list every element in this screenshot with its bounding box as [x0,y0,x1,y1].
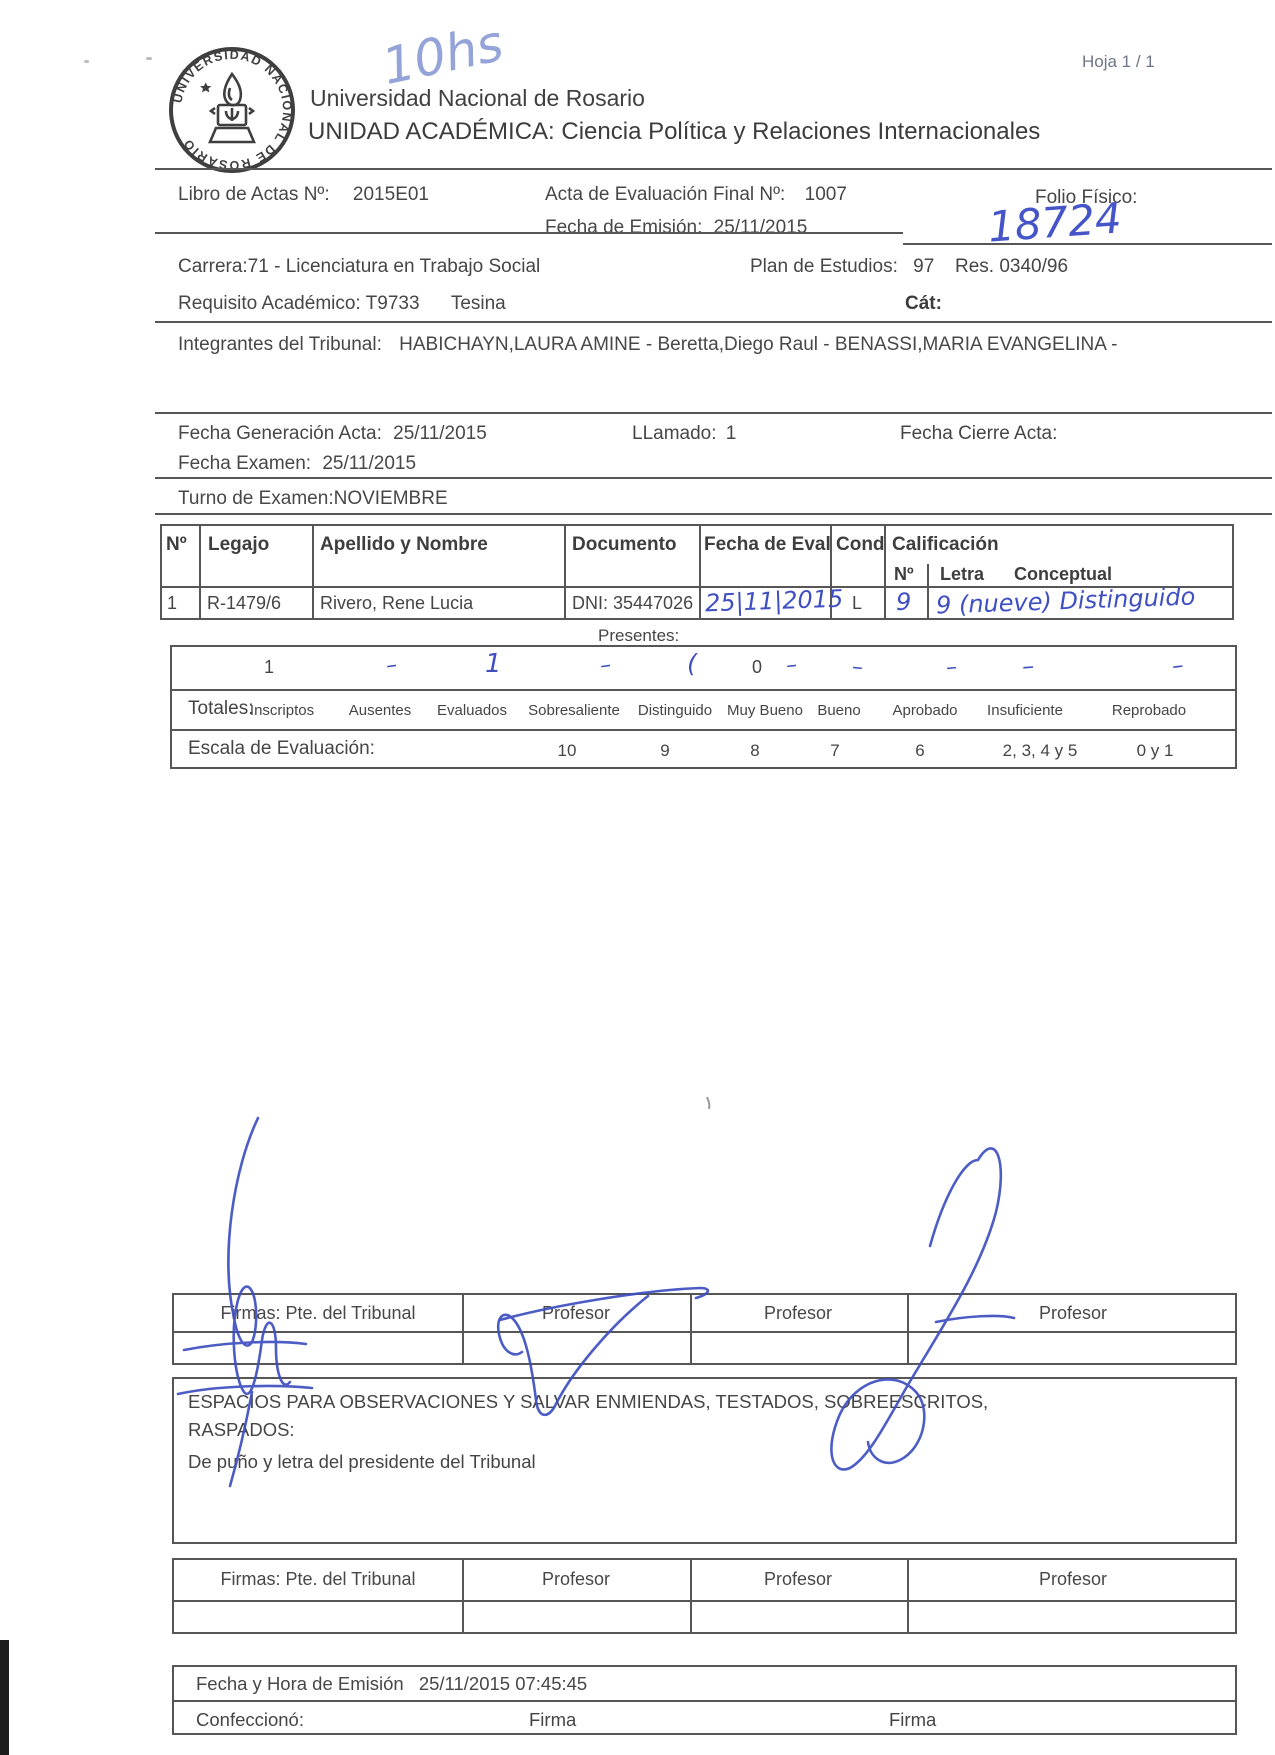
row-cond: L [852,593,862,614]
profesor2-label-2: Profesor [764,1569,832,1590]
profesor2-label-3: Profesor [1039,1569,1107,1590]
profesor-label-3: Profesor [1039,1303,1107,1324]
university-name: Universidad Nacional de Rosario [310,85,645,112]
fecha-emision-label: Fecha de Emisión: [545,217,702,238]
firmas-pte-label-2: Firmas: Pte. del Tribunal [220,1569,415,1590]
col-subheader-conceptual: Conceptual [1014,564,1112,585]
total-value-printed: 0 [752,657,762,678]
fecha-generacion-label: Fecha Generación Acta: [178,423,382,444]
libro-actas-label: Libro de Actas Nº: [178,184,330,205]
col-header-documento: Documento [572,534,677,556]
table-column-line [907,1560,909,1632]
carrera-line: Carrera:71 - Licenciatura en Trabajo Soc… [178,256,540,278]
profesor-label-2: Profesor [764,1303,832,1324]
totales-col-aprobado: Aprobado [892,702,957,719]
catedra-label: Cát: [905,293,942,315]
scan-edge-artifact [0,1640,9,1755]
col-header-apellido: Apellido y Nombre [320,534,488,556]
emision-fecha: Fecha y Hora de Emisión 25/11/2015 07:45… [196,1673,587,1695]
university-seal-logo: UNIVERSIDAD NACIONAL DE ROSARIO [166,44,298,176]
escala-reprobado: 0 y 1 [1137,741,1174,761]
fecha-examen: Fecha Examen: 25/11/2015 [178,453,416,475]
plan-estudios: Plan de Estudios: 97 [750,256,934,278]
totales-col-sobresaliente: Sobresaliente [528,702,620,719]
acta-final: Acta de Evaluación Final Nº: 1007 [545,184,847,206]
tribunal-line: Integrantes del Tribunal: HABICHAYN,LAUR… [178,334,1118,356]
turno-examen: Turno de Examen:NOVIEMBRE [178,488,448,510]
totales-col-ausentes: Ausentes [349,702,412,719]
turno-label: Turno de Examen: [178,488,334,509]
total-mark-handwritten: ( [687,649,697,678]
seal-star-icon [200,82,211,92]
turno-value: NOVIEMBRE [334,488,448,509]
col-header-legajo: Legajo [208,534,269,556]
acta-final-value: 1007 [805,184,847,205]
observations-line3: De puño y letra del presidente del Tribu… [188,1451,536,1473]
escala-bueno: 7 [830,741,839,761]
table-column-line [564,526,566,618]
totales-col-muy-bueno: Muy Bueno [727,702,803,719]
fecha-emision-value: 25/11/2015 [714,217,808,238]
escala-muy-bueno: 8 [750,741,759,761]
table-column-line [462,1560,464,1632]
totales-col-distinguido: Distinguido [638,702,712,719]
col-subheader-letra: Letra [940,564,984,585]
table-column-line [690,1295,692,1363]
divider [155,412,1272,414]
total-mark-handwritten: – [1021,652,1035,681]
presentes-label: Presentes: [598,626,679,646]
total-mark-handwritten: – [785,652,799,678]
scan-speck [146,57,152,60]
seal-lamp-icon [210,74,254,142]
col-header-cond: Cond [836,534,885,556]
observations-line1: ESPACIOS PARA OBSERVACIONES Y SALVAR ENM… [188,1391,988,1413]
escala-insuficiente: 2, 3, 4 y 5 [1003,741,1078,761]
profesor2-label-1: Profesor [542,1569,610,1590]
llamado-label: LLamado: [632,423,717,444]
total-mark-handwritten: – [598,652,612,678]
requisito-academico: Requisito Académico: T9733 Tesina [178,293,506,315]
firma-label-1: Firma [529,1709,576,1731]
fecha-examen-label: Fecha Examen: [178,453,311,474]
divider [155,321,1272,323]
llamado-value: 1 [726,423,737,444]
totals-table: 1 – 1 – ( 0 – – – – – Totales: Inscripto… [170,645,1237,769]
emission-table: Fecha y Hora de Emisión 25/11/2015 07:45… [172,1665,1237,1735]
totales-col-evaluados: Evaluados [437,702,507,719]
total-mark-handwritten: – [384,652,398,678]
confecciono-label: Confeccionó: [196,1709,304,1731]
tribunal-label: Integrantes del Tribunal: [178,334,382,355]
escala-aprobado: 6 [915,741,924,761]
divider [155,168,1272,170]
table-column-line [462,1295,464,1363]
col-header-nro: Nº [166,534,187,556]
row-calif-texto-handwritten: 9 (nueve) Distinguido [936,582,1196,619]
row-nro: 1 [167,593,177,614]
divider [155,232,903,234]
divider [155,513,1272,515]
table-column-line [312,526,314,618]
totales-col-reprobado: Reprobado [1112,702,1186,719]
llamado: LLamado: 1 [632,423,736,445]
table-row-line [172,689,1235,691]
total-mark-handwritten: – [945,655,958,681]
divider [155,477,1272,479]
divider [903,243,1272,245]
emision-fecha-value: 25/11/2015 07:45:45 [419,1673,587,1694]
requisito-value: Tesina [451,293,506,314]
plan-estudios-value: 97 [913,256,934,277]
table-row-line [172,729,1235,731]
col-header-calificacion: Calificación [892,534,999,556]
table-row-line [174,1600,1235,1602]
fecha-generacion: Fecha Generación Acta: 25/11/2015 [178,423,487,445]
tribunal-members: HABICHAYN,LAURA AMINE - Beretta,Diego Ra… [399,334,1117,355]
total-mark-handwritten: – [851,654,865,680]
row-apellido: Rivero, Rene Lucia [320,593,473,614]
scanned-acta-document: UNIVERSIDAD NACIONAL DE ROSARIO 10hs Hoj… [0,0,1275,1755]
profesor-label-1: Profesor [542,1303,610,1324]
signatures-table-1: Firmas: Pte. del Tribunal Profesor Profe… [172,1293,1237,1365]
totales-label: Totales: [188,698,253,720]
row-legajo: R-1479/6 [207,593,281,614]
totales-col-insuficiente: Insuficiente [987,702,1063,719]
grades-table: Nº Legajo Apellido y Nombre Documento Fe… [160,524,1234,620]
totales-col-inscriptos: Inscriptos [250,702,314,719]
observations-line2: RASPADOS: [188,1419,295,1441]
acta-final-label: Acta de Evaluación Final Nº: [545,184,785,205]
escala-distinguido: 9 [660,741,669,761]
stray-mark [707,1097,709,1109]
resolucion: Res. 0340/96 [955,256,1068,278]
total-mark-handwritten: – [1170,652,1185,679]
fecha-examen-value: 25/11/2015 [322,453,416,474]
col-subheader-nro: Nº [894,564,914,585]
table-row-line [174,1331,1235,1333]
col-header-fecha-eval: Fecha de Eval [704,534,831,556]
signatures-table-2: Firmas: Pte. del Tribunal Profesor Profe… [172,1558,1237,1634]
handwritten-time-note: 10hs [377,14,508,96]
firma-label-2: Firma [889,1709,936,1731]
fecha-cierre-label: Fecha Cierre Acta: [900,423,1057,445]
table-column-line [199,526,201,618]
firmas-pte-label: Firmas: Pte. del Tribunal [220,1303,415,1324]
table-column-line [907,1295,909,1363]
page-number: Hoja 1 / 1 [1082,52,1155,72]
total-value-inscriptos: 1 [264,657,274,678]
table-subcolumn-line [927,564,929,618]
plan-estudios-label: Plan de Estudios: [750,256,898,277]
libro-actas-value: 2015E01 [353,184,429,205]
escala-label: Escala de Evaluación: [188,738,375,760]
table-column-line [690,1560,692,1632]
emision-fecha-label: Fecha y Hora de Emisión [196,1673,404,1694]
fecha-emision: Fecha de Emisión: 25/11/2015 [545,217,807,239]
table-column-line [699,526,701,618]
requisito-label: Requisito Académico: T9733 [178,293,420,314]
observations-box: ESPACIOS PARA OBSERVACIONES Y SALVAR ENM… [172,1377,1237,1544]
total-mark-handwritten: 1 [485,649,502,679]
totales-col-bueno: Bueno [817,702,860,719]
row-fecha-eval-handwritten: 25|11|2015 [705,585,844,618]
fecha-generacion-value: 25/11/2015 [393,423,487,444]
escala-sobresaliente: 10 [558,741,577,761]
scan-speck [84,60,89,63]
row-calif-nro-handwritten: 9 [896,588,911,616]
academic-unit-title: UNIDAD ACADÉMICA: Ciencia Política y Rel… [308,118,1040,146]
libro-actas: Libro de Actas Nº: 2015E01 [178,184,429,206]
table-row-line [174,1700,1235,1702]
row-documento: DNI: 35447026 [572,593,693,614]
